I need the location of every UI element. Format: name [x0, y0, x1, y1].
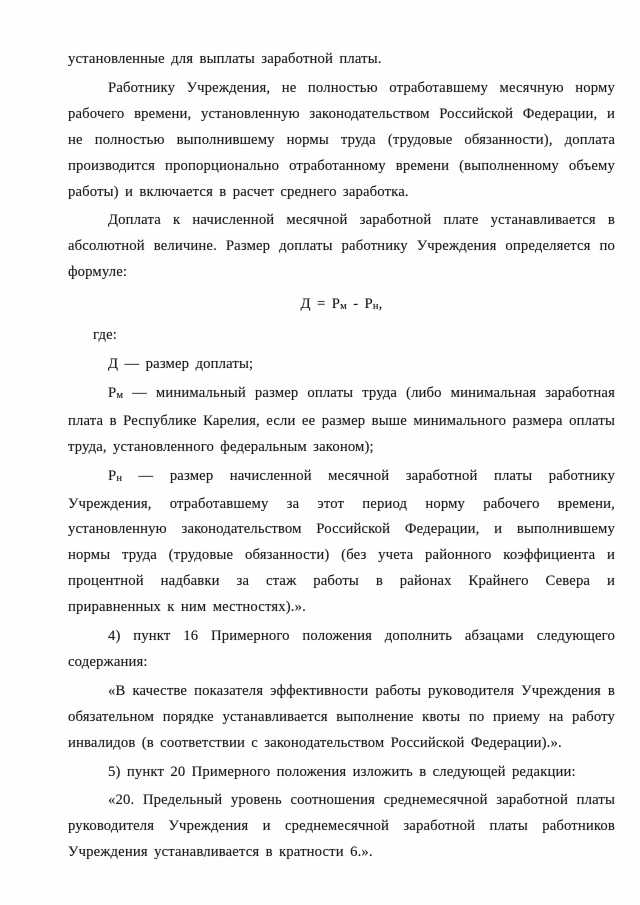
paragraph: где:: [68, 323, 615, 349]
paragraph: установленные для выплаты заработной пла…: [68, 47, 615, 73]
text-run: Д = Р: [301, 296, 341, 312]
paragraph: «20. Предельный уровень соотношения сред…: [68, 788, 615, 866]
paragraph: Д — размер доплаты;: [68, 352, 615, 378]
paragraph: Доплата к начисленной месячной заработно…: [68, 208, 615, 286]
paragraph: 5) пункт 20 Примерного положения изложит…: [68, 760, 615, 786]
text-run: - Р: [347, 296, 373, 312]
paragraph: Рн — размер начисленной месячной заработ…: [68, 464, 615, 621]
formula-subscript: м: [340, 301, 347, 312]
scanned-document-page: установленные для выплаты заработной пла…: [0, 0, 640, 905]
text-run: ,: [379, 296, 383, 312]
text-run: — размер начисленной месячной заработной…: [68, 468, 615, 616]
scan-speck: [203, 854, 206, 857]
paragraph: Работнику Учреждения, не полностью отраб…: [68, 76, 615, 206]
formula: Д = Рм - Рн,: [68, 292, 615, 320]
paragraph: «В качестве показателя эффективности раб…: [68, 679, 615, 757]
paragraph: 4) пункт 16 Примерного положения дополни…: [68, 624, 615, 676]
text-run: — минимальный размер оплаты труда (либо …: [68, 385, 615, 455]
document-body: установленные для выплаты заработной пла…: [68, 47, 615, 866]
paragraph: Рм — минимальный размер оплаты труда (ли…: [68, 381, 615, 461]
